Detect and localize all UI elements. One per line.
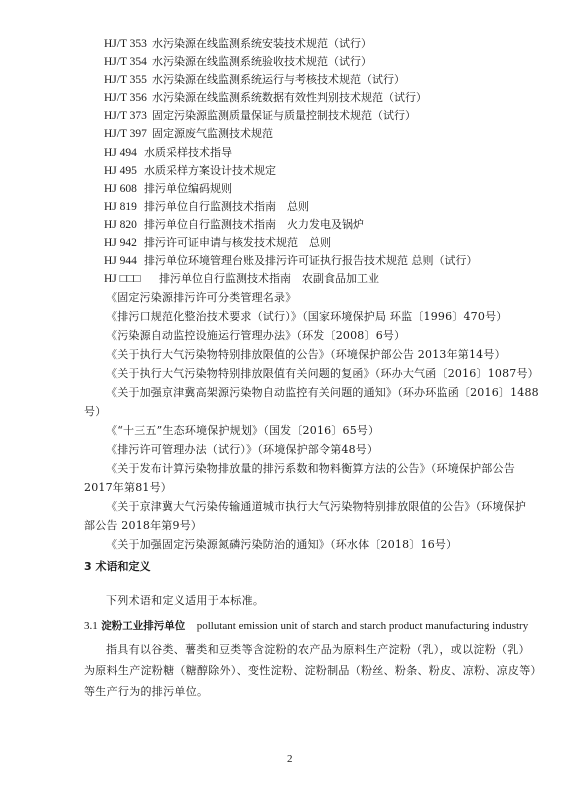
document-item: 《关于京津冀大气污染传输通道城市执行大气污染物特别排放限值的公告》（环境保护 <box>106 500 526 514</box>
standard-item: HJ/T 397固定源废气监测技术规范 <box>104 127 273 141</box>
standard-item: HJ 495水质采样方案设计技术规定 <box>104 164 276 178</box>
document-item: 《关于加强固定污染源氮磷污染防治的通知》（环水体〔2018〕16号） <box>106 538 457 552</box>
term-name-zh: 淀粉工业排污单位 <box>101 620 185 632</box>
definition-line: 指具有以谷类、薯类和豆类等含淀粉的农产品为原料生产淀粉（乳），或以淀粉（乳） <box>106 643 530 657</box>
section-heading: 3 术语和定义 <box>84 558 150 574</box>
standard-item: HJ □□□排污单位自行监测技术指南 农副食品加工业 <box>104 272 379 286</box>
document-item: 《关于执行大气污染物特别排放限值的公告》（环境保护部公告 2013年第14号） <box>106 348 506 362</box>
definition-line: 等生产行为的排污单位。 <box>84 685 208 699</box>
page-number: 2 <box>287 753 293 765</box>
document-item: 《关于发布计算污染物排放量的排污系数和物料衡算方法的公告》（环境保护部公告 <box>106 462 515 476</box>
standard-item: HJ 942排污许可证申请与核发技术规范 总则 <box>104 236 331 250</box>
document-item: 《“十三五”生态环境保护规划》（国发〔2016〕65号） <box>106 424 379 438</box>
definition-line: 为原料生产淀粉糖（糖醇除外）、变性淀粉、淀粉制品（粉丝、粉条、粉皮、凉粉、凉皮等… <box>84 664 542 678</box>
standard-item: HJ 820排污单位自行监测技术指南 火力发电及锅炉 <box>104 218 364 232</box>
document-item: 《关于加强京津冀高架源污染物自动监控有关问题的通知》（环办环监函〔2016〕14… <box>106 386 539 400</box>
document-item: 《固定污染源排污许可分类管理名录》 <box>106 291 296 305</box>
document-item-continuation: 号） <box>84 405 106 419</box>
document-item-continuation: 部公告 2018年第9号） <box>84 519 202 533</box>
term-name-en: pollutant emission unit of starch and st… <box>197 620 528 632</box>
term-number: 3.1 <box>84 620 98 632</box>
standard-item: HJ/T 353水污染源在线监测系统安装技术规范（试行） <box>104 37 372 51</box>
standard-item: HJ/T 355水污染源在线监测系统运行与考核技术规范（试行） <box>104 73 405 87</box>
term-entry: 3.1 淀粉工业排污单位 pollutant emission unit of … <box>84 618 528 633</box>
document-item: 《污染源自动监控设施运行管理办法》（环发〔2008〕6号） <box>106 329 405 343</box>
standard-item: HJ/T 354水污染源在线监测系统验收技术规范（试行） <box>104 55 372 69</box>
document-item: 《排污许可管理办法（试行）》（环境保护部令第48号） <box>106 443 378 457</box>
standard-item: HJ 494水质采样技术指导 <box>104 146 232 160</box>
standard-item: HJ/T 356水污染源在线监测系统数据有效性判别技术规范（试行） <box>104 91 427 105</box>
standard-item: HJ 608排污单位编码规则 <box>104 182 232 196</box>
document-item: 《关于执行大气污染物特别排放限值有关问题的复函》（环办大气函〔2016〕1087… <box>106 367 539 381</box>
document-item-continuation: 2017年第81号） <box>84 481 172 495</box>
section-intro: 下列术语和定义适用于本标准。 <box>106 594 264 608</box>
standard-item: HJ/T 373固定污染源监测质量保证与质量控制技术规范（试行） <box>104 109 416 123</box>
document-item: 《排污口规范化整治技术要求（试行）》（国家环境保护局 环监〔1996〕470号） <box>106 310 507 324</box>
standard-item: HJ 944排污单位环境管理台账及排污许可证执行报告技术规范 总则（试行） <box>104 254 478 268</box>
standard-item: HJ 819排污单位自行监测技术指南 总则 <box>104 200 309 214</box>
document-page: HJ/T 353水污染源在线监测系统安装技术规范（试行） HJ/T 354水污染… <box>0 0 580 794</box>
